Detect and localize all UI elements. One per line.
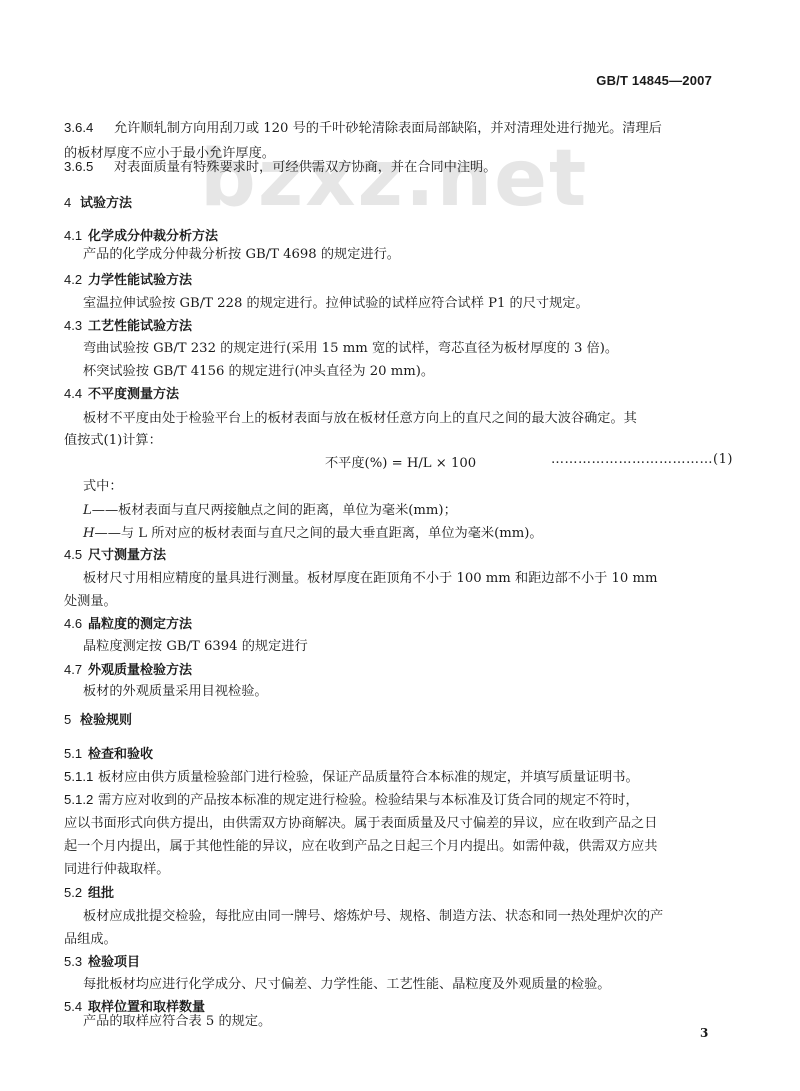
paragraph: 应以书面形式向供方提出，由供需双方协商解决。属于表面质量及尺寸偏差的异议，应在收… <box>64 815 657 833</box>
section-heading-4-5: 4.5尺寸测量方法 <box>64 546 166 565</box>
section-heading-5-1: 5.1检查和验收 <box>64 745 153 764</box>
paragraph: 值按式(1)计算： <box>64 432 162 450</box>
paragraph: 晶粒度测定按 GB/T 6394 的规定进行 <box>83 638 308 656</box>
paragraph: 每批板材均应进行化学成分、尺寸偏差、力学性能、工艺性能、晶粒度及外观质量的检验。 <box>83 976 611 994</box>
variable-definition-l: L——板材表面与直尺两接触点之间的距离，单位为毫米(mm)； <box>83 502 457 520</box>
section-heading-4-2: 4.2力学性能试验方法 <box>64 271 192 290</box>
paragraph: 起一个月内提出，属于其他性能的异议，应在收到产品之日起三个月内提出。如需仲裁，供… <box>64 838 657 856</box>
paragraph: 板材尺寸用相应精度的量具进行测量。板材厚度在距顶角不小于 100 mm 和距边部… <box>83 570 658 588</box>
paragraph: 品组成。 <box>64 931 117 949</box>
section-heading-5: 5检验规则 <box>64 711 132 730</box>
paragraph: 板材的外观质量采用目视检验。 <box>83 683 268 701</box>
where-label: 式中： <box>83 478 123 496</box>
clause-3-6-4: 3.6.4允许顺轧制方向用刮刀或 120 号的千叶砂轮清除表面局部缺陷，并对清理… <box>64 119 662 138</box>
formula-number: ………………………………(1) <box>551 452 733 467</box>
clause-text: 对表面质量有特殊要求时，可经供需双方协商，并在合同中注明。 <box>114 160 496 175</box>
paragraph: 杯突试验按 GB/T 4156 的规定进行(冲头直径为 20 mm)。 <box>83 363 434 381</box>
section-heading-4-1: 4.1化学成分仲裁分析方法 <box>64 227 218 246</box>
formula: 不平度(%) = H/L × 100 <box>325 452 476 471</box>
standard-code: GB/T 14845—2007 <box>596 73 712 88</box>
paragraph: 板材不平度由处于检验平台上的板材表面与放在板材任意方向上的直尺之间的最大波谷确定… <box>83 410 637 428</box>
section-heading-4-4: 4.4不平度测量方法 <box>64 385 179 404</box>
clause-5-1-2: 5.1.2需方应对收到的产品按本标准的规定进行检验。检验结果与本标准及订货合同的… <box>64 791 639 810</box>
paragraph: 同进行仲裁取样。 <box>64 861 170 879</box>
page-number: 3 <box>700 1026 708 1040</box>
clause-text: 允许顺轧制方向用刮刀或 120 号的千叶砂轮清除表面局部缺陷，并对清理处进行抛光… <box>114 121 662 136</box>
paragraph: 处测量。 <box>64 593 117 611</box>
clause-3-6-5: 3.6.5对表面质量有特殊要求时，可经供需双方协商，并在合同中注明。 <box>64 158 496 177</box>
section-heading-4-7: 4.7外观质量检验方法 <box>64 661 192 680</box>
section-heading-5-3: 5.3检验项目 <box>64 953 140 972</box>
clause-5-1-1: 5.1.1板材应由供方质量检验部门进行检验，保证产品质量符合本标准的规定，并填写… <box>64 768 639 787</box>
document-page: GB/T 14845—2007 3.6.4允许顺轧制方向用刮刀或 120 号的千… <box>0 0 800 1091</box>
section-heading-4-6: 4.6晶粒度的测定方法 <box>64 615 192 634</box>
clause-number: 3.6.5 <box>64 158 114 176</box>
clause-number: 3.6.4 <box>64 119 114 137</box>
paragraph: 弯曲试验按 GB/T 232 的规定进行(采用 15 mm 宽的试样，弯芯直径为… <box>83 340 618 358</box>
paragraph: 产品的化学成分仲裁分析按 GB/T 4698 的规定进行。 <box>83 246 400 264</box>
section-heading-5-2: 5.2组批 <box>64 884 114 903</box>
paragraph: 产品的取样应符合表 5 的规定。 <box>83 1013 271 1031</box>
section-heading-4: 4试验方法 <box>64 194 132 213</box>
section-heading-4-3: 4.3工艺性能试验方法 <box>64 317 192 336</box>
paragraph: 板材应成批提交检验，每批应由同一牌号、熔炼炉号、规格、制造方法、状态和同一热处理… <box>83 908 663 926</box>
variable-definition-h: H——与 L 所对应的板材表面与直尺之间的最大垂直距离，单位为毫米(mm)。 <box>83 525 543 543</box>
paragraph: 室温拉伸试验按 GB/T 228 的规定进行。拉伸试验的试样应符合试样 P1 的… <box>83 295 589 313</box>
